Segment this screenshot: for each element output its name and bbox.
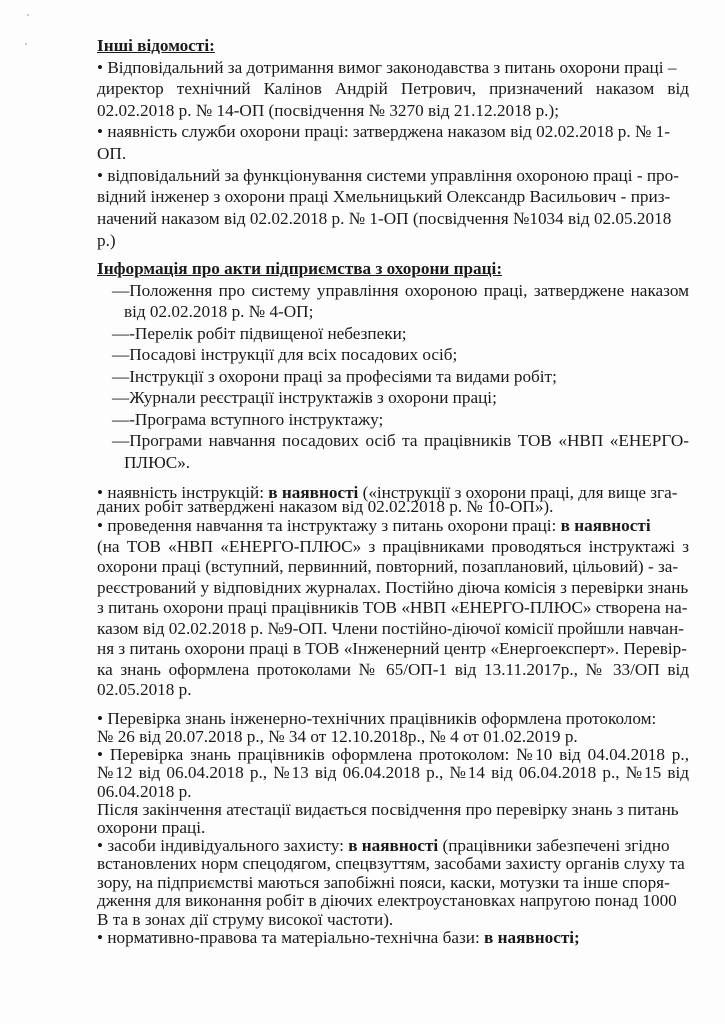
text-line: (на ТОВ «НВП «ЕНЕРГО-ПЛЮС» з працівникам… — [97, 536, 689, 558]
scan-speck — [25, 43, 27, 45]
list-item: —Інструкції з охорони праці за професіям… — [112, 366, 689, 388]
text-line: 02.05.2018 р. — [97, 679, 689, 701]
text-line: ня з питань охорони праці в ТОВ «Інженер… — [97, 638, 689, 660]
text-line: ОП. — [97, 143, 689, 165]
section-heading-acts: Інформація про акти підприємства з охоро… — [97, 258, 689, 280]
list-item: —Програми навчання посадових осіб та пра… — [112, 430, 689, 452]
list-item: —Посадові інструкції для всіх посадових … — [112, 344, 689, 366]
ppe-label: • засоби індивідуального захисту: — [97, 836, 348, 855]
ppe-text: (працівники забезпечені згідно — [438, 836, 669, 855]
list-item: —Журнали реєстрації інструктажів з охоро… — [112, 387, 689, 409]
text-line: казом від 02.02.2018 р. №9-ОП. Члени пос… — [97, 618, 689, 640]
list-item: —Положення про систему управління охорон… — [112, 280, 689, 302]
text-line: • наявність служби охорони праці: затвер… — [97, 121, 689, 143]
list-item: —-Перелік робіт підвищеної небезпеки; — [112, 323, 689, 345]
text-line: ка знань оформлена протоколами № 65/ОП-1… — [97, 659, 689, 681]
list-item-continuation: ПЛЮС». — [124, 452, 689, 474]
ppe-status: в наявності — [348, 836, 438, 855]
list-item-continuation: від 02.02.2018 р. № 4-ОП; — [124, 301, 689, 323]
text-line: директор технічний Калінов Андрій Петров… — [97, 78, 689, 100]
text-line: 02.02.2018 р. № 14-ОП (посвідчення № 327… — [97, 100, 689, 122]
text-line: • Відповідальний за дотримання вимог зак… — [97, 57, 689, 79]
text-line: відний інженер з охорони праці Хмельниць… — [97, 186, 689, 208]
list-item: —-Програма вступного інструктажу; — [112, 409, 689, 431]
base-label: • нормативно-правова та матеріально-техн… — [97, 928, 484, 947]
training-status: в наявності — [561, 516, 651, 535]
training-line: • проведення навчання та інструктажу з п… — [97, 515, 689, 537]
base-line: • нормативно-правова та матеріально-техн… — [97, 927, 689, 949]
text-line: • відповідальний за функціонування систе… — [97, 165, 689, 187]
training-label: • проведення навчання та інструктажу з п… — [97, 516, 561, 535]
base-status: в наявності; — [484, 928, 580, 947]
text-line: реєстрований у відповідних журналах. Пос… — [97, 577, 689, 599]
text-line: охорони праці (вступний, первинний, повт… — [97, 556, 689, 578]
document-page: Інші відомості: • Відповідальний за дотр… — [0, 0, 725, 1024]
text-line: з питань охорони праці працівників ТОВ «… — [97, 597, 689, 619]
text-line: р.) — [97, 230, 689, 252]
section-heading-other-info: Інші відомості: — [97, 35, 689, 57]
scan-speck — [27, 14, 29, 16]
text-line: начений наказом від 02.02.2018 р. № 1-ОП… — [97, 208, 689, 230]
